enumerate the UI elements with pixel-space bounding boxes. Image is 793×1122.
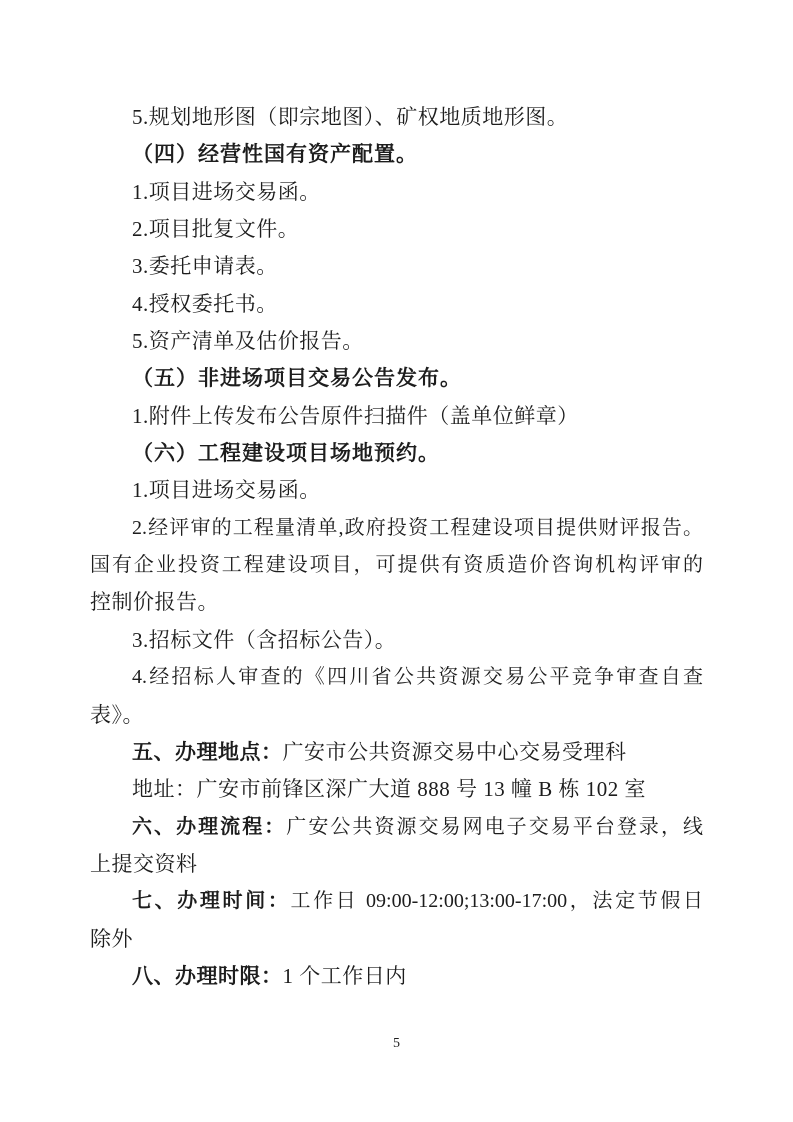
document-line: 表》。 bbox=[90, 697, 703, 734]
document-line: 4.经招标人审查的《四川省公共资源交易公平竞争审查自查 bbox=[90, 659, 703, 696]
field-label-hours: 七、办理时间： bbox=[132, 890, 290, 912]
section-heading-4: （四）经营性国有资产配置。 bbox=[90, 136, 703, 173]
field-label-time-limit: 八、办理时限： bbox=[132, 965, 283, 988]
document-line: 2.项目批复文件。 bbox=[90, 211, 703, 248]
section-heading-6: （六）工程建设项目场地预约。 bbox=[90, 435, 703, 472]
document-line: 国有企业投资工程建设项目，可提供有资质造价咨询机构评审的 bbox=[90, 547, 703, 584]
section-heading-5: （五）非进场项目交易公告发布。 bbox=[90, 360, 703, 397]
field-line-hours: 七、办理时间：工作日 09:00-12:00;13:00-17:00，法定节假日 bbox=[90, 883, 703, 920]
document-page: 5.规划地形图（即宗地图）、矿权地质地形图。 （四）经营性国有资产配置。 1.项… bbox=[0, 0, 793, 1122]
page-number: 5 bbox=[0, 1034, 793, 1054]
document-line: 3.委托申请表。 bbox=[90, 248, 703, 285]
field-label-location: 五、办理地点： bbox=[132, 741, 283, 764]
field-line-address: 地址：广安市前锋区深广大道 888 号 13 幢 B 栋 102 室 bbox=[90, 771, 703, 808]
document-line: 控制价报告。 bbox=[90, 584, 703, 621]
field-line-process: 六、办理流程：广安公共资源交易网电子交易平台登录，线 bbox=[90, 809, 703, 846]
field-line-time-limit: 八、办理时限：1 个工作日内 bbox=[90, 958, 703, 995]
document-line: 1.附件上传发布公告原件扫描件（盖单位鲜章） bbox=[90, 398, 703, 435]
document-line: 上提交资料 bbox=[90, 846, 703, 883]
document-line: 5.资产清单及估价报告。 bbox=[90, 323, 703, 360]
field-value-time-limit: 1 个工作日内 bbox=[283, 964, 407, 988]
document-line: 1.项目进场交易函。 bbox=[90, 174, 703, 211]
document-line: 除外 bbox=[90, 921, 703, 958]
field-value-hours: 工作日 09:00-12:00;13:00-17:00，法定节假日 bbox=[290, 890, 703, 912]
document-line: 5.规划地形图（即宗地图）、矿权地质地形图。 bbox=[90, 99, 703, 136]
field-value-location: 广安市公共资源交易中心交易受理科 bbox=[283, 740, 627, 764]
field-label-process: 六、办理流程： bbox=[132, 816, 286, 838]
page-content: 5.规划地形图（即宗地图）、矿权地质地形图。 （四）经营性国有资产配置。 1.项… bbox=[90, 99, 703, 995]
document-line: 2.经评审的工程量清单,政府投资工程建设项目提供财评报告。 bbox=[90, 510, 703, 547]
document-line: 4.授权委托书。 bbox=[90, 286, 703, 323]
document-line: 3.招标文件（含招标公告）。 bbox=[90, 622, 703, 659]
field-line-location: 五、办理地点：广安市公共资源交易中心交易受理科 bbox=[90, 734, 703, 771]
document-line: 1.项目进场交易函。 bbox=[90, 472, 703, 509]
field-value-process: 广安公共资源交易网电子交易平台登录，线 bbox=[286, 816, 703, 838]
